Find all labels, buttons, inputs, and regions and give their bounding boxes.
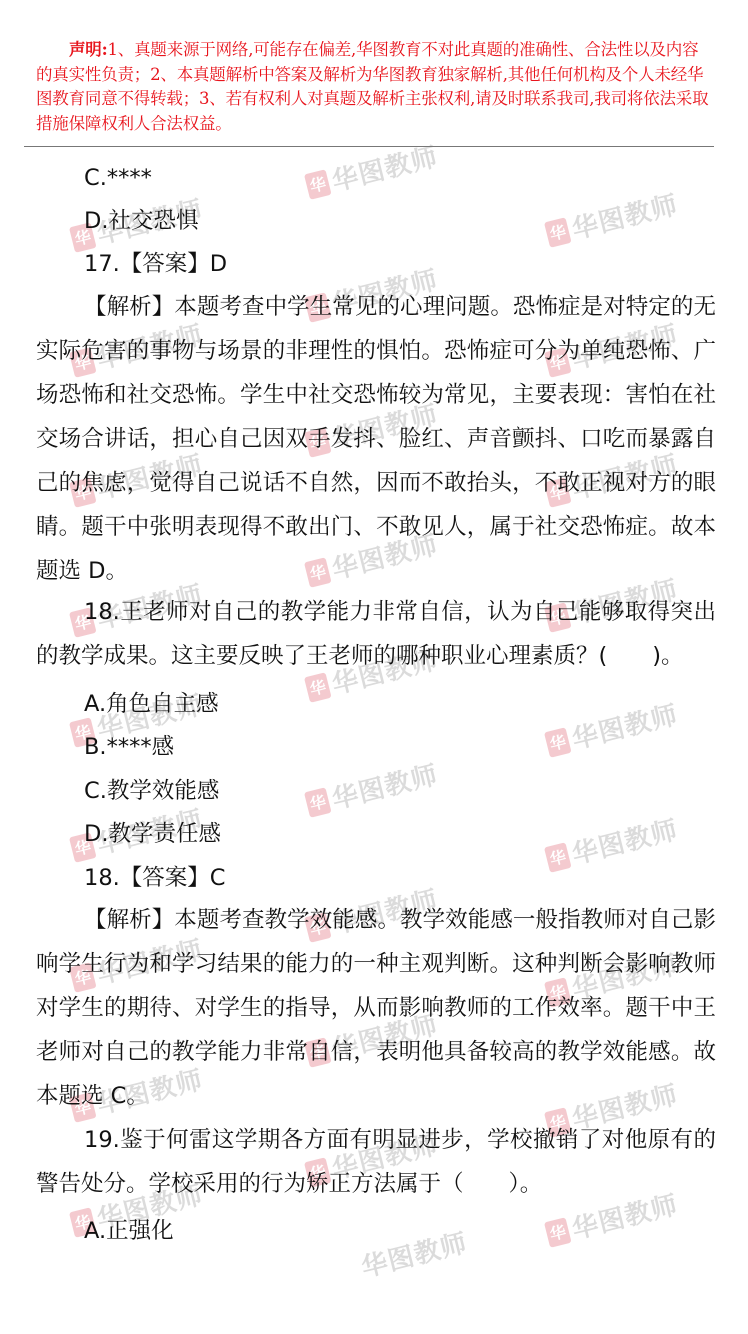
q17-answer: 17.【答案】D <box>84 249 227 279</box>
q19-option-a: A.正强化 <box>84 1216 174 1246</box>
watermark-logo-icon: 华 <box>544 1217 572 1248</box>
q18-answer: 18.【答案】C <box>84 863 226 893</box>
q17-option-d: D.社交恐惧 <box>84 206 198 236</box>
disclaimer: 声明:1、真题来源于网络,可能存在偏差,华图教育不对此真题的准确性、合法性以及内… <box>36 38 712 136</box>
q18-option-c: C.教学效能感 <box>84 776 219 806</box>
watermark: 华华图教师 <box>303 754 442 822</box>
q18-option-d: D.教学责任感 <box>84 819 221 849</box>
q17-analysis: 【解析】本题考查中学生常见的心理问题。恐怖症是对特定的无实际危害的事物与场景的非… <box>36 285 716 593</box>
watermark: 华图教师 <box>357 1222 471 1284</box>
watermark: 华华图教师 <box>543 809 682 877</box>
disclaimer-text: 1、真题来源于网络,可能存在偏差,华图教育不对此真题的准确性、合法性以及内容的真… <box>36 40 708 133</box>
q18-option-b: B.****感 <box>84 732 174 762</box>
q19-stem: 19.鉴于何雷这学期各方面有明显进步，学校撤销了对他原有的警告处分。学校采用的行… <box>36 1118 716 1206</box>
watermark-logo-icon: 华 <box>304 169 332 200</box>
watermark: 华华图教师 <box>543 184 682 252</box>
watermark-logo-icon: 华 <box>544 842 572 873</box>
watermark-logo-icon: 华 <box>304 787 332 818</box>
watermark-logo-icon: 华 <box>544 217 572 248</box>
header-divider <box>24 146 714 147</box>
q18-analysis: 【解析】本题考查教学效能感。教学效能感一般指教师对自己影响学生行为和学习结果的能… <box>36 898 716 1118</box>
watermark: 华华图教师 <box>543 694 682 762</box>
q18-option-a: A.角色自主感 <box>84 689 219 719</box>
q17-option-c: C.**** <box>84 163 152 193</box>
q18-stem: 18.王老师对自己的教学能力非常自信，认为自己能够取得突出的教学成果。这主要反映… <box>36 590 716 678</box>
disclaimer-label: 声明: <box>69 40 108 59</box>
watermark-logo-icon: 华 <box>544 727 572 758</box>
